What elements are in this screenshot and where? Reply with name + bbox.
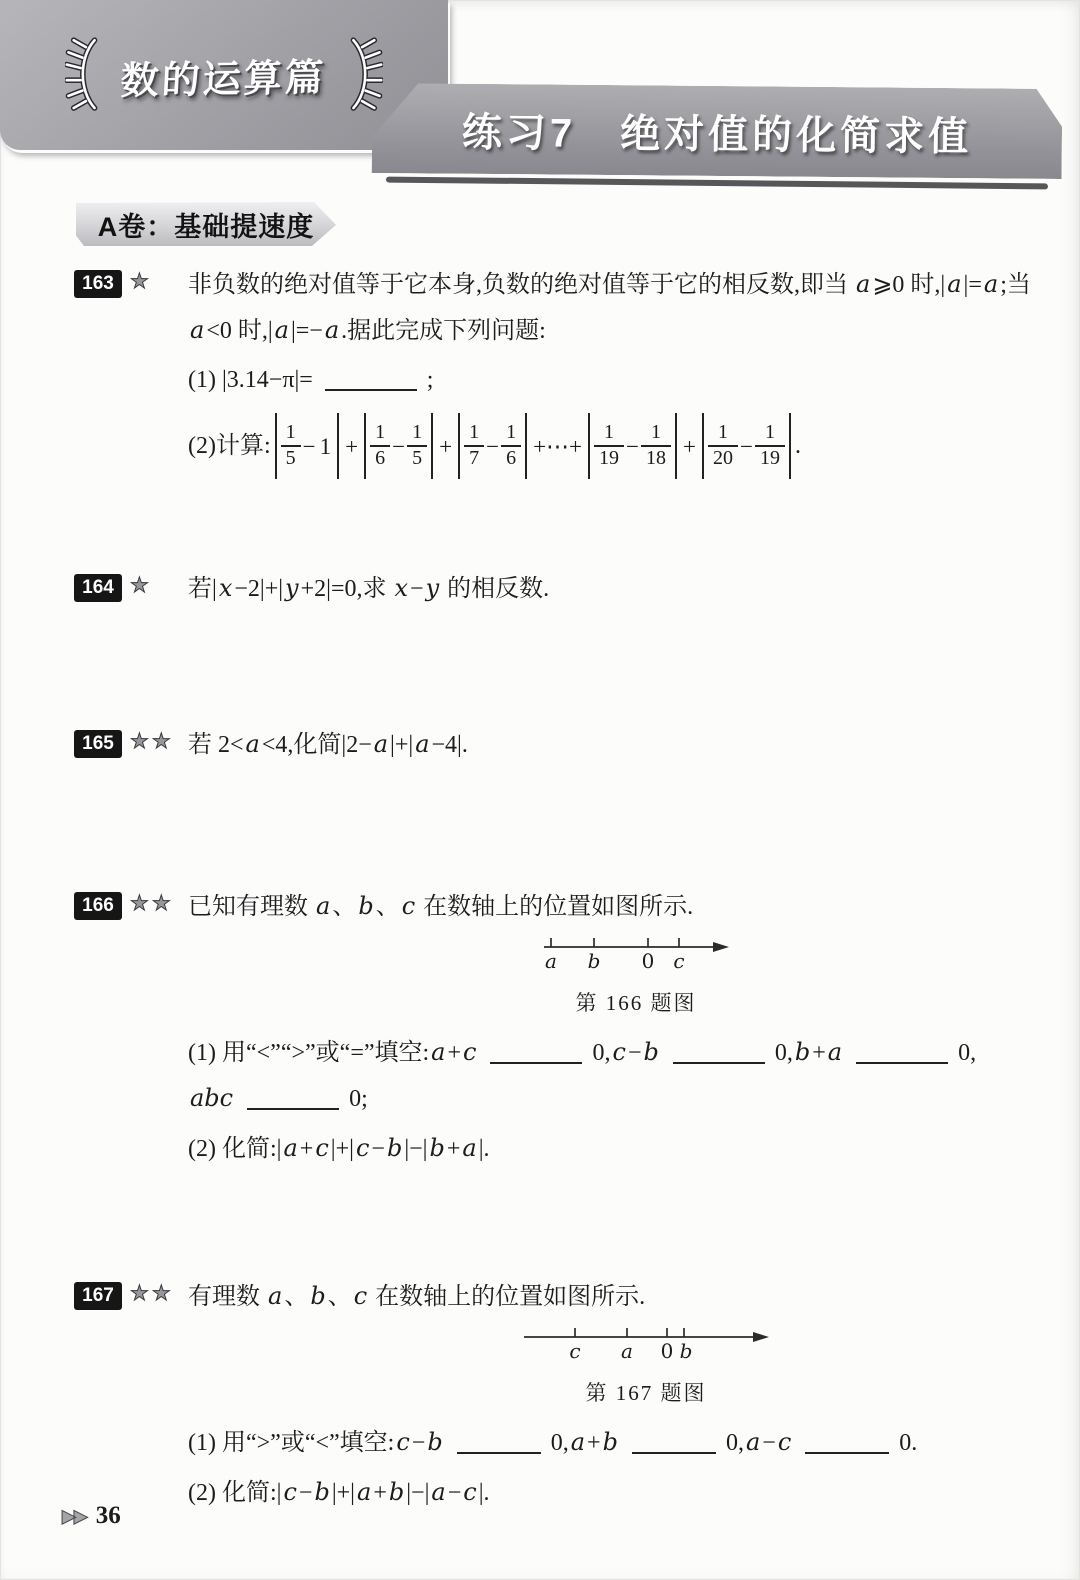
operator: − — [371, 1136, 385, 1162]
abs-bar — [588, 413, 590, 479]
fraction-numerator: 1 — [370, 421, 390, 445]
axis-label: c — [673, 949, 684, 972]
exercise-title-banner: 练习7 绝对值的化简求值 — [372, 83, 1063, 179]
difficulty-stars: ★ — [122, 573, 188, 598]
operator: + — [681, 424, 698, 469]
problem-line: 已知有理数 a、b、c 在数轴上的位置如图所示. — [188, 884, 1026, 930]
difficulty-stars: ★★ — [122, 1281, 188, 1306]
text-segment: 若 2< — [188, 732, 244, 758]
question-label: (2) — [188, 424, 216, 469]
axis-label: 0 — [642, 949, 655, 972]
abs-bar — [337, 413, 339, 479]
math-var: x — [392, 574, 410, 602]
problem-165: 165 ★★ 若 2<a<4,化简|2−a|+|a−4|. — [74, 722, 1026, 768]
ellipsis: +⋯+ — [531, 424, 584, 469]
abs-bar — [275, 413, 277, 479]
text-segment: 在数轴上的位置如图所示. — [417, 894, 693, 920]
math-var: c — [313, 1134, 330, 1162]
problem-number-badge: 163 — [74, 270, 122, 298]
math-var: c — [281, 1478, 298, 1506]
math-var: a — [826, 1038, 844, 1066]
text-segment: − — [410, 576, 424, 602]
operator: − — [624, 424, 641, 469]
fraction: 16 — [370, 421, 390, 470]
text-segment: 0, — [726, 1430, 744, 1456]
text-segment: 、 — [328, 1284, 352, 1310]
abs-term: 16−15 — [360, 413, 437, 479]
fraction: 15 — [407, 421, 427, 470]
text-segment: 的相反数. — [441, 576, 549, 602]
operator: + — [373, 1480, 387, 1506]
problem-166: 166 ★★ 已知有理数 a、b、c 在数轴上的位置如图所示. a b 0 c … — [74, 884, 1026, 1172]
text-segment: −2|+| — [234, 576, 283, 602]
abs-bar — [789, 413, 791, 479]
answer-blank — [673, 1060, 765, 1064]
fraction: 119 — [594, 421, 624, 470]
fraction: 16 — [501, 421, 521, 470]
problem-number-badge: 167 — [74, 1282, 122, 1310]
math-var: c — [461, 1478, 478, 1506]
abs-bar — [431, 413, 433, 479]
fraction-denominator: 5 — [281, 445, 301, 471]
operator: + — [447, 1040, 461, 1066]
fraction-numerator: 1 — [599, 421, 619, 445]
math-var: c — [461, 1038, 478, 1066]
problem-line: 有理数 a、b、c 在数轴上的位置如图所示. — [188, 1274, 1026, 1320]
page-footer: ▶▶ 36 — [62, 1502, 121, 1530]
problem-text: 非负数的绝对值等于它本身,负数的绝对值等于它的相反数,即当 a⩾0 时,|a|=… — [188, 262, 1031, 479]
question-label: (2) — [188, 1136, 216, 1162]
text-segment: 化简: — [216, 1136, 277, 1162]
question-label: (1) — [188, 367, 216, 393]
text-segment: |=− — [291, 318, 323, 344]
operator: − — [738, 424, 755, 469]
answer-blank — [856, 1060, 948, 1064]
math-var: b — [312, 1478, 331, 1506]
text-segment: .据此完成下列问题: — [341, 318, 546, 344]
problem-text: 已知有理数 a、b、c 在数轴上的位置如图所示. a b 0 c 第 166 题… — [188, 884, 1026, 1172]
page-number: 36 — [96, 1502, 121, 1530]
operator: + — [447, 1136, 461, 1162]
math-var: abc — [188, 1084, 235, 1112]
text-segment: |−| — [404, 1136, 427, 1162]
math-var: a — [355, 1478, 373, 1506]
math-var: y — [283, 574, 301, 602]
section-label: A卷：基础提速度 — [98, 205, 315, 244]
axis-label: 0 — [661, 1339, 674, 1362]
math-var: a — [945, 270, 963, 298]
laurel-right-icon — [343, 33, 383, 117]
operator: − — [390, 424, 407, 469]
math-var: c — [354, 1134, 371, 1162]
math-var: a — [460, 1134, 478, 1162]
math-var: c — [776, 1428, 793, 1456]
subquestion-2: (2) 化简:|c−b|+|a+b|−|a−c|. — [188, 1470, 1026, 1516]
math-var: b — [387, 1478, 406, 1506]
problem-line: a<0 时,|a|=−a.据此完成下列问题: — [188, 308, 1031, 354]
fraction-denominator: 7 — [464, 445, 484, 471]
fraction-denominator: 19 — [594, 445, 624, 471]
number-line-axis: c a 0 b — [523, 1324, 769, 1362]
text-segment: 在数轴上的位置如图所示. — [369, 1284, 645, 1310]
operator: − — [762, 1430, 776, 1456]
operator: − — [628, 1040, 642, 1066]
math-var: a — [244, 730, 262, 758]
text-segment: 0, — [551, 1430, 569, 1456]
text-segment: |. — [479, 1480, 490, 1506]
question-label: (1) — [188, 1430, 216, 1456]
problem-164: 164 ★ 若|x−2|+|y+2|=0,求 x−y 的相反数. — [74, 566, 1026, 612]
fraction: 15 — [281, 421, 301, 470]
text-segment: |+| — [390, 732, 413, 758]
math-var: a — [314, 892, 332, 920]
title-banner-shadow — [386, 177, 1048, 190]
math-var: b — [385, 1134, 404, 1162]
math-var: b — [601, 1428, 620, 1456]
math-var: a — [323, 316, 341, 344]
answer-blank — [805, 1450, 889, 1454]
text-segment: +2|=0,求 — [301, 576, 393, 602]
number-line-figure-166: a b 0 c 第 166 题图 — [543, 934, 729, 1016]
text-segment: 、 — [376, 894, 400, 920]
math-var: a — [188, 316, 206, 344]
text-segment: |= — [964, 272, 982, 298]
fraction-numerator: 1 — [501, 421, 521, 445]
worksheet-page: { "header": { "chapter_badge": "数的运算篇", … — [0, 0, 1080, 1580]
problem-text: 有理数 a、b、c 在数轴上的位置如图所示. c a 0 b 第 167 题图 … — [188, 1274, 1026, 1516]
text-segment: 0; — [349, 1086, 368, 1112]
subquestion-1: (1) 用“<”“>”或“=”填空:a+c0,c−b0,b+a0, — [188, 1030, 1026, 1076]
fraction: 119 — [755, 421, 785, 470]
text-segment: |+| — [331, 1136, 354, 1162]
question-label: (1) — [188, 1040, 216, 1066]
math-var: a — [372, 730, 390, 758]
fraction-numerator: 1 — [760, 421, 780, 445]
operator: − — [412, 1430, 426, 1456]
text-segment: 0. — [899, 1430, 917, 1456]
math-var: a — [429, 1478, 447, 1506]
math-var: a — [273, 316, 291, 344]
text-segment: . — [795, 424, 801, 469]
text-segment: −4|. — [432, 732, 468, 758]
text-segment: |. — [479, 1136, 490, 1162]
answer-blank — [632, 1450, 716, 1454]
fraction: 120 — [708, 421, 738, 470]
math-var: a — [413, 730, 431, 758]
abs-bar — [675, 413, 677, 479]
fraction-numerator: 1 — [713, 421, 733, 445]
math-var: c — [394, 1428, 411, 1456]
math-var: c — [400, 892, 417, 920]
text-segment: ⩾0 时,| — [872, 272, 945, 298]
text-segment: 0, — [775, 1040, 793, 1066]
answer-blank — [247, 1106, 339, 1110]
math-var: a — [281, 1134, 299, 1162]
subquestion-2: (2) 计算: 15−1 + 16−15 + 17−16 +⋯+ 119−118… — [188, 413, 1031, 479]
operator: + — [812, 1040, 826, 1066]
difficulty-stars: ★ — [122, 269, 188, 294]
problem-line: 非负数的绝对值等于它本身,负数的绝对值等于它的相反数,即当 a⩾0 时,|a|=… — [188, 262, 1031, 308]
number: 1 — [318, 424, 334, 469]
text-segment: <0 时,| — [206, 318, 272, 344]
operator: − — [484, 424, 501, 469]
text-segment: 有理数 — [188, 1284, 266, 1310]
difficulty-stars: ★★ — [122, 891, 188, 916]
text-segment: 0, — [958, 1040, 976, 1066]
operator: − — [301, 424, 318, 469]
difficulty-stars: ★★ — [122, 729, 188, 754]
answer-blank — [325, 387, 417, 391]
fraction-denominator: 6 — [370, 445, 390, 471]
axis-label: b — [680, 1339, 693, 1362]
text-segment: 已知有理数 — [188, 894, 314, 920]
text-segment: |−| — [406, 1480, 429, 1506]
operator: + — [343, 424, 360, 469]
math-var: c — [610, 1038, 627, 1066]
text-segment: 0, — [592, 1040, 610, 1066]
chapter-badge-label: 数的运算篇 — [120, 46, 328, 105]
abs-term: 120−119 — [698, 413, 795, 479]
figure-caption: 第 166 题图 — [543, 990, 729, 1016]
text-segment: 化简: — [216, 1480, 277, 1506]
math-var: b — [356, 892, 375, 920]
problem-number-badge: 165 — [74, 730, 122, 758]
operator: − — [299, 1480, 313, 1506]
math-var: b — [425, 1428, 444, 1456]
subquestion-1: (1) |3.14−π|=; — [188, 358, 1031, 403]
axis-label: a — [621, 1339, 633, 1362]
math-var: b — [793, 1038, 812, 1066]
abs-term: 119−118 — [584, 413, 681, 479]
math-var: c — [352, 1282, 369, 1310]
text-segment: 、 — [284, 1284, 308, 1310]
fraction-denominator: 5 — [407, 445, 427, 471]
problem-163: 163 ★ 非负数的绝对值等于它本身,负数的绝对值等于它的相反数,即当 a⩾0 … — [74, 262, 1026, 479]
math-var: b — [641, 1038, 660, 1066]
fraction-denominator: 18 — [641, 445, 671, 471]
axis-label: b — [588, 949, 601, 972]
fraction-numerator: 1 — [407, 421, 427, 445]
text-segment: |3.14−π|= — [216, 367, 313, 393]
axis-label: c — [569, 1339, 580, 1362]
text-segment: 计算: — [216, 424, 271, 469]
axis-label: a — [545, 949, 557, 972]
operator: + — [587, 1430, 601, 1456]
text-segment: 非负数的绝对值等于它本身,负数的绝对值等于它的相反数,即当 — [188, 272, 854, 298]
math-var: a — [854, 270, 872, 298]
math-var: a — [982, 270, 1000, 298]
fraction-numerator: 1 — [281, 421, 301, 445]
math-var: x — [217, 574, 235, 602]
math-var: b — [308, 1282, 327, 1310]
subquestion-1-continued: abc0; — [188, 1076, 1026, 1122]
problem-167: 167 ★★ 有理数 a、b、c 在数轴上的位置如图所示. c a 0 b 第 … — [74, 1274, 1026, 1516]
problem-number-badge: 164 — [74, 574, 122, 602]
abs-term: 15−1 — [271, 413, 343, 479]
subquestion-2: (2) 化简:|a+c|+|c−b|−|b+a|. — [188, 1126, 1026, 1172]
text-segment: 若| — [188, 576, 217, 602]
abs-bar — [458, 413, 460, 479]
answer-blank — [457, 1450, 541, 1454]
problem-text: 若 2<a<4,化简|2−a|+|a−4|. — [188, 722, 1026, 768]
math-var: a — [569, 1428, 587, 1456]
number-line-axis: a b 0 c — [543, 934, 729, 972]
figure-caption: 第 167 题图 — [523, 1380, 769, 1406]
operator: + — [300, 1136, 314, 1162]
number-line-figure-167: c a 0 b 第 167 题图 — [523, 1324, 769, 1406]
fraction-denominator: 20 — [708, 445, 738, 471]
fraction-numerator: 1 — [464, 421, 484, 445]
math-var: a — [744, 1428, 762, 1456]
fraction-denominator: 19 — [755, 445, 785, 471]
section-ribbon: A卷：基础提速度 — [76, 202, 336, 246]
text-segment: ; — [427, 367, 434, 393]
fraction-numerator: 1 — [646, 421, 666, 445]
text-segment: |+| — [332, 1480, 355, 1506]
text-segment: 用“>”或“<”填空: — [216, 1430, 394, 1456]
abs-bar — [364, 413, 366, 479]
math-var: y — [424, 574, 442, 602]
operator: − — [448, 1480, 462, 1506]
problem-text: 若|x−2|+|y+2|=0,求 x−y 的相反数. — [188, 566, 1026, 612]
fraction-denominator: 6 — [501, 445, 521, 471]
answer-blank — [490, 1060, 582, 1064]
fraction: 17 — [464, 421, 484, 470]
problem-number-badge: 166 — [74, 892, 122, 920]
page-title: 练习7 绝对值的化简求值 — [462, 100, 973, 161]
text-segment: 、 — [332, 894, 356, 920]
page-arrows-icon: ▶▶ — [62, 1506, 86, 1527]
math-var: a — [429, 1038, 447, 1066]
text-segment: 用“<”“>”或“=”填空: — [216, 1040, 429, 1066]
abs-term: 17−16 — [454, 413, 531, 479]
math-var: b — [427, 1134, 446, 1162]
abs-bar — [702, 413, 704, 479]
abs-bar — [525, 413, 527, 479]
math-var: a — [266, 1282, 284, 1310]
subquestion-1: (1) 用“>”或“<”填空:c−b0,a+b0,a−c0. — [188, 1420, 1026, 1466]
question-label: (2) — [188, 1480, 216, 1506]
laurel-left-icon — [65, 33, 105, 117]
fraction: 118 — [641, 421, 671, 470]
operator: + — [437, 424, 454, 469]
text-segment: <4,化简|2− — [262, 732, 372, 758]
text-segment: ;当 — [1000, 272, 1031, 298]
